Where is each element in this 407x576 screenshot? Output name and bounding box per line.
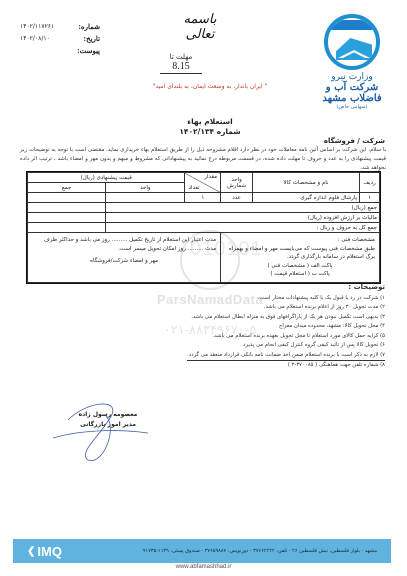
letter-number: ۱۴۰۲/۱۱۷۲۶۱ [20, 23, 54, 30]
title-line-1: استعلام بهاء [150, 117, 270, 127]
logo-ministry: وزارت نیرو [312, 72, 392, 82]
sum-value[interactable] [28, 203, 106, 213]
note-item: ۲) مدت تحویل ۳۰ روز از اعلام برنده استعل… [65, 303, 385, 313]
signature-scribble-icon [48, 398, 158, 468]
letter-date-label: تاریخ: [83, 34, 100, 43]
attachment-label: پیوست: [77, 46, 100, 55]
title-line-2: شماره ۱۴۰۲/۱۳۴ [150, 127, 270, 137]
wing-icon: ❮ [27, 546, 35, 557]
cell-unit-price[interactable] [106, 193, 185, 203]
footer-address: مشهد - بلوار فلسطین، نبش فلسطین ۲۶ - تلف… [143, 548, 377, 554]
tech-specs-cell: مشخصات فنی : طبق مشخصات فنی پیوست که می‌… [221, 233, 380, 283]
note-item: ۳) بدیهی است تکمیل نبودن هر یک از پاراگر… [65, 313, 385, 323]
note-item: ۶) تحویل کالا پس از تائید کیفی گروه کنتر… [65, 341, 385, 351]
letter-meta: ۱۴۰۲/۱۱۷۲۶۱ شماره: ۱۴۰۲/۰۸/۱۰ تاریخ: پیو… [20, 20, 100, 56]
letter-date: ۱۴۰۲/۰۸/۱۰ [20, 35, 50, 42]
footer-bar: ❮ IMQ مشهد - بلوار فلسطین، نبش فلسطین ۲۶… [13, 539, 391, 563]
company-logo: وزارت نیرو شرکت آب و فاضلاب مشهد (سهامی … [312, 14, 392, 110]
grand-total-label: جمع کل به حروف و ریال : [106, 223, 380, 233]
website-link[interactable]: www.abfamashhad.ir [0, 564, 407, 570]
letter-number-label: شماره: [78, 22, 100, 31]
header-name: نام و مشخصات کالا [253, 173, 360, 193]
page-title: استعلام بهاء شماره ۱۴۰۲/۱۳۴ [150, 117, 270, 137]
note-item: ۷) لازم به ذکر است با برنده استعلام ضمن … [187, 351, 385, 362]
tech-line-3: پاکت ب ( استعلام قیمت ) [225, 270, 375, 279]
header-price-group: قیمت پیشنهادی (ریال) [28, 173, 185, 183]
grand-total-value[interactable] [28, 223, 106, 233]
logo-company: شرکت آب و فاضلاب مشهد [312, 82, 392, 104]
header-qty: مقدار تعداد [185, 173, 221, 193]
validity-text: مدت اعتبار این استعلام از تاریخ تکمیل ..… [32, 236, 216, 253]
header-unit-price: واحد [106, 183, 185, 193]
intro-paragraph: با سلام، این شرکت بر اساس آئین نامه معام… [20, 146, 386, 173]
deadline-label: مهلت تا [170, 53, 192, 61]
note-item: ۵) کرایه حمل کالای مورد استعلام تا محل ت… [65, 332, 385, 342]
note-item: ۱) شرکت در رد یا قبول یک یا کلیه پیشنهاد… [65, 294, 385, 304]
logo-subtitle: (سهامی خاص) [312, 104, 392, 110]
company-label: شرکت / فروشگاه [324, 137, 385, 145]
bismillah: باسمه تعالی [170, 12, 230, 42]
note-item: ۸) شماره تلفن جهت هماهنگی ( ۳۷۰۰۸۵-۳ ) [65, 361, 385, 371]
tech-title: مشخصات فنی : [225, 236, 375, 245]
stamp-label: مهر و امضاء شرکت/فروشگاه [32, 257, 216, 266]
header-unit: واحد شمارش [221, 173, 253, 193]
deadline-value: 8.15 [172, 61, 190, 72]
note-item: ۴) محل تحویل کالا: مشهد، محدوده میدان مع… [65, 322, 385, 332]
deadline: مهلت تا 8.15 [160, 53, 202, 74]
cell-unit: عدد [221, 193, 253, 203]
slogan: " ایران باندار، به وسعت ایمان، به بلندای… [120, 83, 300, 90]
table-row: ۱ پارشال فلوم اندازه گیری عدد ۱ [28, 193, 380, 203]
inquiry-table: ردیف نام و مشخصات کالا واحد شمارش مقدار … [26, 171, 381, 284]
vat-value[interactable] [28, 213, 106, 223]
cell-name: پارشال فلوم اندازه گیری [253, 193, 360, 203]
cell-qty: ۱ [185, 193, 221, 203]
tech-line-2: پاکت الف ( مشخصات فنی ) [225, 262, 375, 271]
validity-cell: مدت اعتبار این استعلام از تاریخ تکمیل ..… [28, 233, 221, 283]
tech-line-1: طبق مشخصات فنی پیوست که می‌بایست مهر و ا… [225, 245, 375, 262]
header-total: جمع [28, 183, 106, 193]
signature-block: معصومه رسول زاده مدیر امور بازرگانی [68, 410, 148, 430]
imq-logo: ❮ IMQ [27, 544, 62, 559]
header-row: ردیف [360, 173, 380, 193]
notes-section: توضیحات : ۱) شرکت در رد یا قبول یک یا کل… [65, 283, 385, 371]
sum-label: جمع (ریال) [106, 203, 380, 213]
notes-title: توضیحات : [65, 283, 385, 293]
cell-total[interactable] [28, 193, 106, 203]
cell-row: ۱ [360, 193, 380, 203]
water-drop-logo-icon [324, 14, 380, 70]
vat-label: مالیات بر ارزش افزوده (ریال) [106, 213, 380, 223]
